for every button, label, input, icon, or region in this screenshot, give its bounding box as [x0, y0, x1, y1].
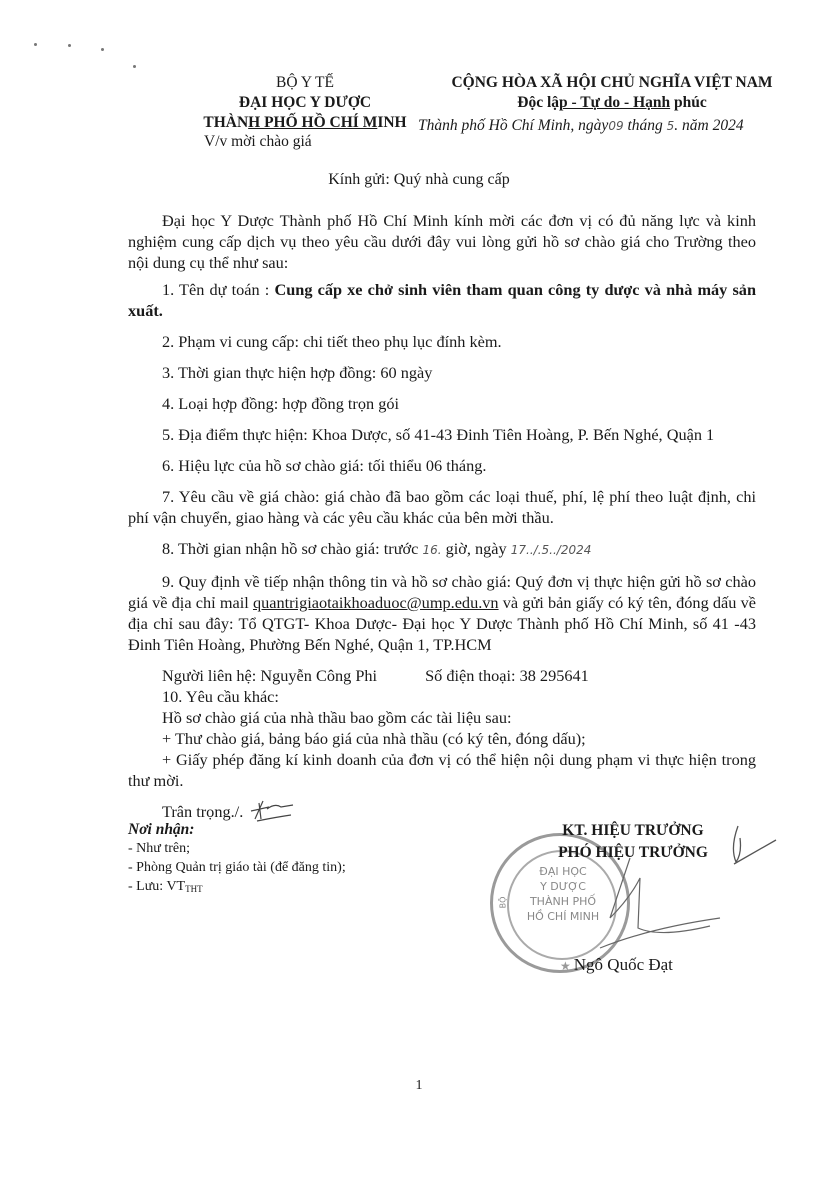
recipients-block: Nơi nhận: - Như trên; - Phòng Quản trị g… — [128, 820, 346, 899]
item-8: 8. Thời gian nhận hồ sơ chào giá: trước … — [128, 538, 756, 561]
university-name-line2: THÀNH PHỐ HỒ CHÍ MINH — [160, 113, 450, 133]
scan-dot — [133, 65, 136, 68]
recipients-title: Nơi nhận: — [128, 820, 346, 839]
handwritten-hour: 16. — [422, 543, 441, 557]
item-4: 4. Loại hợp đồng: hợp đồng trọn gói — [128, 393, 756, 414]
item-5: 5. Địa điểm thực hiện: Khoa Dược, số 41-… — [128, 424, 756, 445]
scan-dot — [68, 44, 71, 47]
item-10-a: + Thư chào giá, bảng báo giá của nhà thầ… — [128, 728, 756, 749]
recipient-item: - Phòng Quản trị giáo tài (để đăng tin); — [128, 858, 346, 877]
handwritten-day: 09 — [608, 119, 623, 133]
handwritten-deadline-date: 17../.5../2024 — [511, 543, 592, 557]
item-10-intro: Hồ sơ chào giá của nhà thầu bao gồm các … — [128, 707, 756, 728]
item-6: 6. Hiệu lực của hồ sơ chào giá: tối thiể… — [128, 455, 756, 476]
item-7: 7. Yêu cầu về giá chào: giá chào đã bao … — [128, 486, 756, 528]
nation-title: CỘNG HÒA XÃ HỘI CHỦ NGHĨA VIỆT NAM — [412, 73, 812, 93]
contact-person: Người liên hệ: Nguyễn Công Phi — [162, 666, 377, 685]
issuer-header: BỘ Y TẾ ĐẠI HỌC Y DƯỢC THÀNH PHỐ HỒ CHÍ … — [160, 73, 450, 133]
scan-dot — [34, 43, 37, 46]
contact-email-link[interactable]: quantrigiaotaikhoaduoc@ump.edu.vn — [253, 593, 499, 612]
letter-body: Đại học Y Dược Thành phố Hồ Chí Minh kín… — [128, 210, 756, 823]
item-10-b: + Giấy phép đăng kí kinh doanh của đơn v… — [128, 749, 756, 791]
university-name-line1: ĐẠI HỌC Y DƯỢC — [160, 93, 450, 113]
page-number: 1 — [0, 1078, 838, 1094]
signatory-name: ★ Ngô Quốc Đạt — [560, 955, 673, 975]
contact-phone: Số điện thoại: 38 295641 — [425, 666, 589, 685]
item-3: 3. Thời gian thực hiện hợp đồng: 60 ngày — [128, 362, 756, 383]
national-motto: Độc lập - Tự do - Hạnh phúc — [412, 93, 812, 113]
greeting: Kính gửi: Quý nhà cung cấp — [0, 171, 838, 189]
contact-line: Người liên hệ: Nguyễn Công PhiSố điện th… — [128, 665, 756, 686]
item-1: 1. Tên dự toán : Cung cấp xe chở sinh vi… — [128, 279, 756, 321]
item-9: 9. Quy định về tiếp nhận thông tin và hồ… — [128, 571, 756, 655]
recipient-archive: - Lưu: VTTHT — [128, 877, 346, 899]
issue-date: Thành phố Hồ Chí Minh, ngày09 tháng 5. n… — [418, 117, 744, 135]
item-2: 2. Phạm vi cung cấp: chi tiết theo phụ l… — [128, 331, 756, 352]
national-header: CỘNG HÒA XÃ HỘI CHỦ NGHĨA VIỆT NAM Độc l… — [412, 73, 812, 113]
ministry-name: BỘ Y TẾ — [160, 73, 450, 93]
intro-paragraph: Đại học Y Dược Thành phố Hồ Chí Minh kín… — [128, 210, 756, 273]
scan-dot — [101, 48, 104, 51]
recipient-item: - Như trên; — [128, 839, 346, 858]
item-10: 10. Yêu cầu khác: — [128, 686, 756, 707]
document-subject: V/v mời chào giá — [204, 133, 312, 151]
